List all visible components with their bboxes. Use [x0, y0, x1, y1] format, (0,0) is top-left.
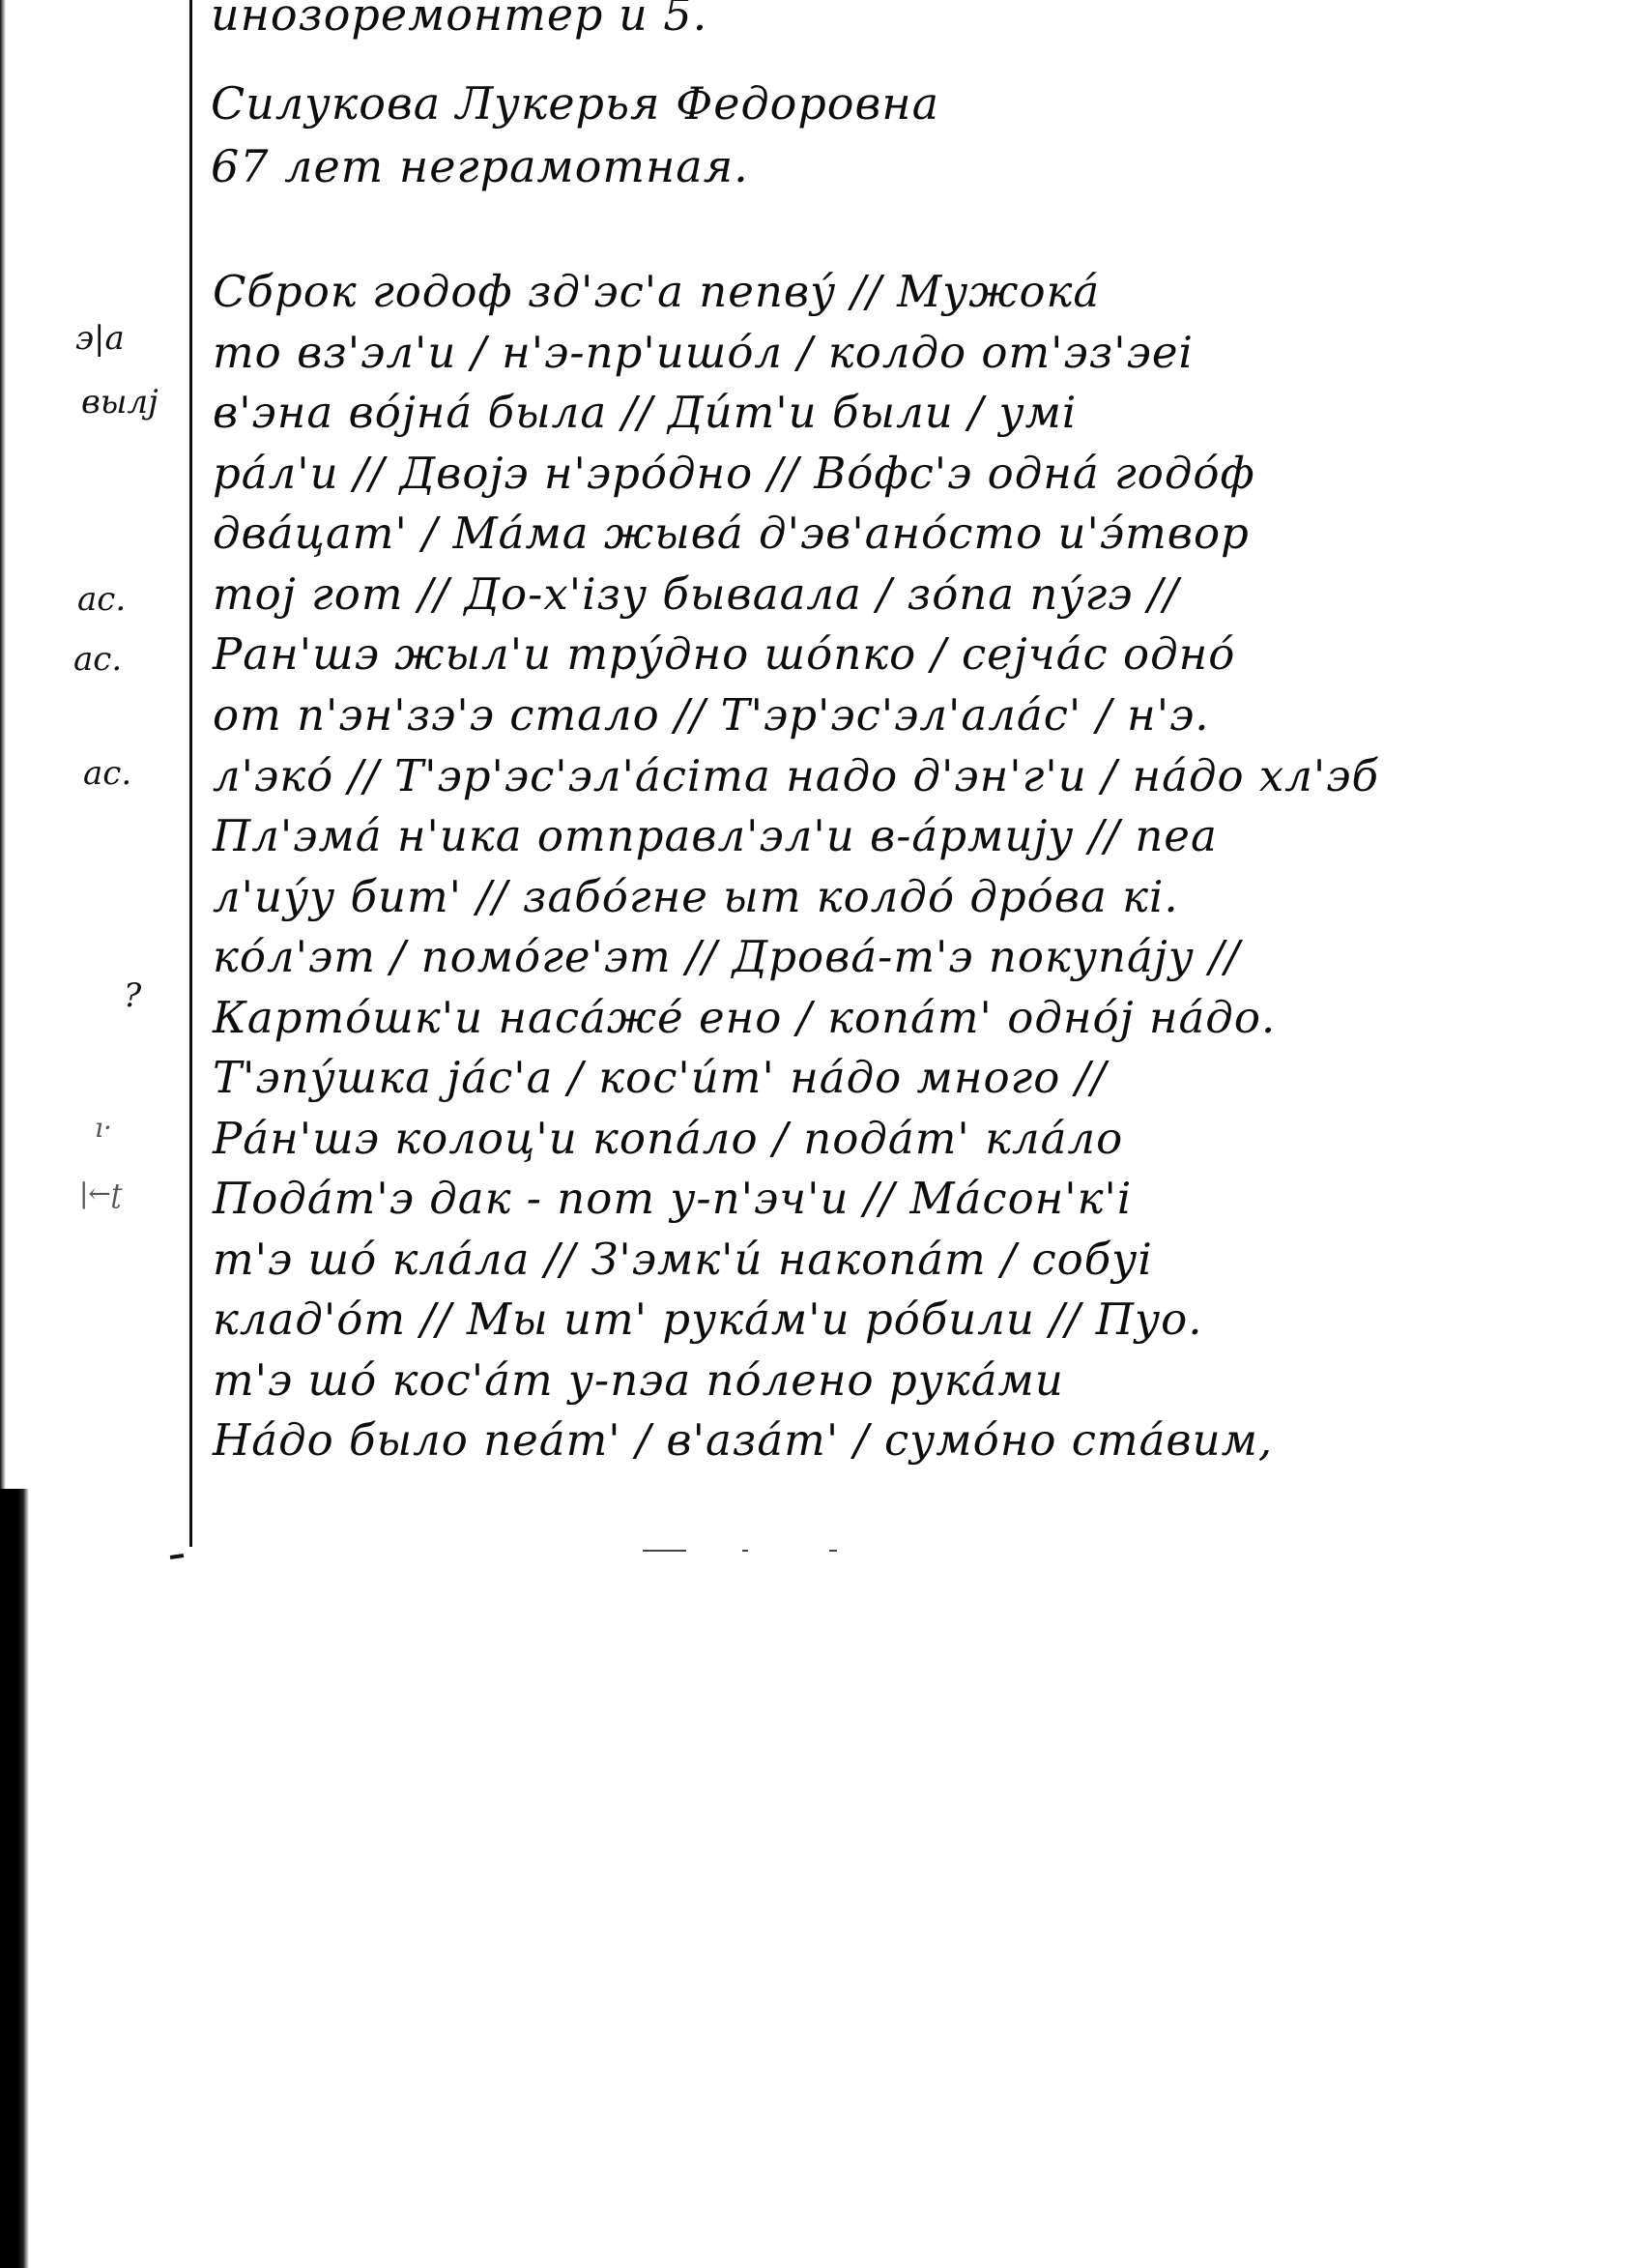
text-line: Ра́н'шэ колоц'и копа́ло / пода́т' кла́ло: [213, 1113, 1123, 1164]
scan-edge-shadow: [0, 1489, 29, 2268]
margin-note: вылј: [81, 383, 159, 422]
speaker-age-status: 67 лет неграмотная.: [211, 140, 749, 192]
margin-note: |←ʈ: [79, 1178, 122, 1209]
text-line: Т'эпу́шка ја́с'а / кос'и́т' на́до много …: [213, 1052, 1107, 1103]
margin-note: ас.: [73, 640, 122, 679]
scanned-page: инозоремонтер и 5. Силукова Лукерья Федо…: [0, 0, 1643, 2268]
text-line: то вз'эл'и / н'э-пр'ишо́л / колдо от'эз'…: [213, 327, 1194, 378]
text-line: Пода́т'э дак - пот у-п'эч'и // Ма́сон'к'…: [213, 1173, 1132, 1224]
scan-artifact: [742, 1550, 748, 1552]
margin-rule: [189, 0, 192, 1547]
text-line: в'эна во́јна́ была // Ди́т'и были / умі: [213, 387, 1077, 438]
text-line: два́цат' / Ма́ма жыва́ д'эв'ано́сто и'э́…: [213, 508, 1250, 559]
speaker-name: Силукова Лукерья Федоровна: [211, 77, 939, 130]
text-line: т'э шо́ кос'а́т у-пэа по́лено рука́ми: [213, 1354, 1064, 1406]
margin-note: ?: [124, 976, 141, 1015]
text-line: т'э шо́ кла́ла // З'эмк'и́ накопа́т / со…: [213, 1234, 1153, 1285]
scan-artifact: [643, 1550, 686, 1552]
text-line: Ран'шэ жыл'и тру́дно шо́пко / сејча́с од…: [213, 628, 1235, 680]
text-line: клад'о́т // Мы ит' рука́м'и ро́били // П…: [213, 1294, 1203, 1345]
margin-mark: [170, 1554, 184, 1559]
text-line: ра́л'и // Двојэ н'эро́дно // Во́фс'э одн…: [213, 448, 1255, 499]
margin-note: э|а: [75, 319, 125, 358]
text-line: л'эко́ // Т'эр'эс'эл'а́сіта надо д'эн'г'…: [213, 750, 1379, 801]
margin-note: ас.: [77, 580, 126, 619]
text-line: от п'эн'зэ'э стало // Т'эр'эс'эл'ала́с' …: [213, 689, 1210, 741]
text-line: Пл'эма́ н'ика отправл'эл'и в-а́рмију // …: [213, 810, 1218, 861]
text-line: ко́л'эт / помо́ге'эт // Дрова́-т'э покуп…: [213, 931, 1240, 982]
text-line: тој гот // До-х'ізу бываала / зо́па пу́г…: [213, 568, 1179, 620]
text-line: На́до было пеа́т' / в'аза́т' / сумо́но с…: [213, 1414, 1273, 1466]
text-line: Сброк годоф зд'эс'а пепву́ // Мужока́: [213, 266, 1100, 317]
scan-edge-shadow: [0, 0, 6, 1489]
margin-note: ı·: [95, 1112, 112, 1144]
margin-note: ас.: [83, 754, 131, 793]
text-line: л'иу́у бит' // забо́гне ыт колдо́ дро́ва…: [213, 871, 1179, 922]
text-line: Карто́шк'и наса́же́ ено / копа́т' одно́ј…: [213, 992, 1276, 1043]
scan-artifact: [829, 1550, 837, 1552]
header-line-1: инозоремонтер и 5.: [211, 0, 707, 41]
